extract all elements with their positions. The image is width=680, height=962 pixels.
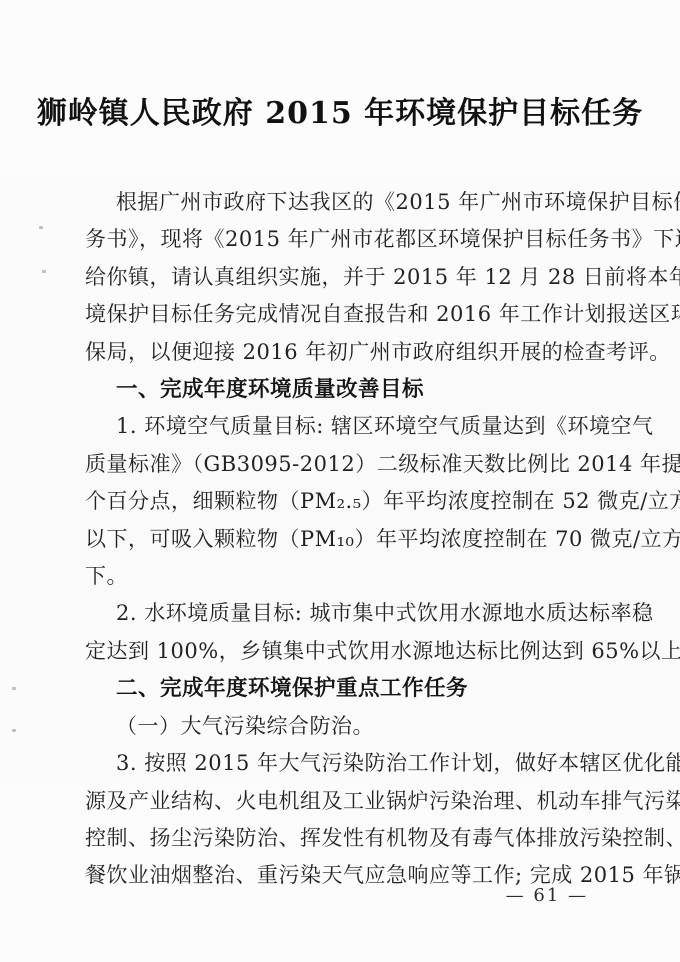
paragraph-line: 2. 水环境质量目标: 城市集中式饮用水源地水质达标率稳: [85, 595, 603, 632]
paragraph-line: 根据广州市政府下达我区的《2015 年广州市环境保护目标任: [85, 184, 603, 221]
paragraph-line: 个百分点，细颗粒物（PM₂.₅）年平均浓度控制在 52 微克/立方米: [85, 483, 603, 520]
scan-speck: [42, 270, 46, 273]
document-title: 狮岭镇人民政府 2015 年环境保护目标任务: [0, 88, 680, 132]
paragraph-line: 3. 按照 2015 年大气污染防治工作计划，做好本辖区优化能: [85, 745, 603, 782]
paragraph-line: 给你镇，请认真组织实施，并于 2015 年 12 月 28 日前将本年度环: [85, 259, 603, 296]
section-heading-1: 一、完成年度环境质量改善目标: [85, 371, 603, 408]
document-body: 根据广州市政府下达我区的《2015 年广州市环境保护目标任 务书》，现将《201…: [85, 184, 603, 895]
paragraph-line: 定达到 100%，乡镇集中式饮用水源地达标比例达到 65%以上。: [85, 633, 603, 670]
page-number: — 61 —: [506, 885, 588, 906]
paragraph-line: 1. 环境空气质量目标: 辖区环境空气质量达到《环境空气: [85, 408, 603, 445]
paragraph-line: 质量标准》（GB3095-2012）二级标准天数比例比 2014 年提高 2: [85, 446, 603, 483]
paragraph-line: 务书》，现将《2015 年广州市花都区环境保护目标任务书》下达: [85, 221, 603, 258]
paragraph-line: 源及产业结构、火电机组及工业锅炉污染治理、机动车排气污染: [85, 783, 603, 820]
paragraph-line: 以下，可吸入颗粒物（PM₁₀）年平均浓度控制在 70 微克/立方米以: [85, 521, 603, 558]
paragraph-line: 境保护目标任务完成情况自查报告和 2016 年工作计划报送区环: [85, 296, 603, 333]
paragraph-line: 控制、扬尘污染防治、挥发性有机物及有毒气体排放污染控制、: [85, 820, 603, 857]
scan-speck: [12, 687, 16, 690]
scan-speck: [12, 729, 16, 732]
document-page: 狮岭镇人民政府 2015 年环境保护目标任务 根据广州市政府下达我区的《2015…: [0, 0, 680, 962]
paragraph-line: 下。: [85, 558, 603, 595]
section-heading-2: 二、完成年度环境保护重点工作任务: [85, 670, 603, 707]
scan-speck: [39, 226, 43, 229]
paragraph-line: 保局，以便迎接 2016 年初广州市政府组织开展的检查考评。: [85, 334, 603, 371]
subsection-heading: （一）大气污染综合防治。: [85, 708, 603, 745]
